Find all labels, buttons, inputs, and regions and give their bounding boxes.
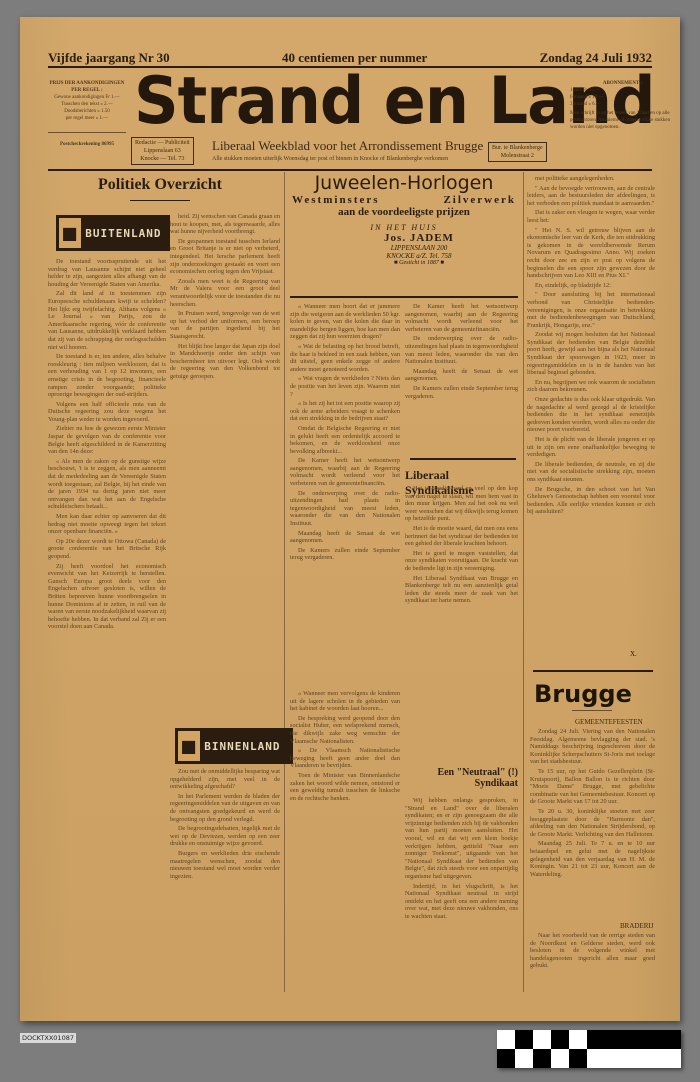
color-swatch bbox=[533, 1030, 551, 1049]
middle-column-left: « Wanneer men hoort dat er jammere zijn … bbox=[290, 303, 400, 683]
color-swatch bbox=[515, 1049, 533, 1068]
braderij-column: Naar het voorbeeld van de rerrige steden… bbox=[530, 932, 655, 974]
brugge-heading: Brugge bbox=[534, 680, 632, 708]
article-paragraph: De Kamers zullen einde September terug v… bbox=[290, 547, 400, 562]
color-swatch bbox=[515, 1030, 533, 1049]
article-paragraph: Zooals men weet is de Regeering van Mr d… bbox=[170, 278, 280, 308]
article-paragraph: Volgens een half officieele nota van de … bbox=[48, 401, 166, 424]
section-rule bbox=[410, 458, 516, 460]
column-separator bbox=[284, 172, 285, 992]
editorial-line: Redactie — Publiciteit bbox=[135, 139, 190, 147]
article-paragraph: Op 20e dezer wordt te Ottowa (Canada) de… bbox=[48, 538, 166, 561]
article-paragraph: De begrootingsdebatten, tegelijk met de … bbox=[170, 825, 280, 848]
article-paragraph: « Wanneer men vervolgens de kinderen uit… bbox=[290, 690, 400, 713]
article-paragraph: Het is noodig hard en veel op den kop va… bbox=[405, 485, 518, 523]
article-paragraph: En, eindelijk, op bladzijde 12: bbox=[527, 282, 655, 290]
article-paragraph: « Als men de zaken op de gunstige wijze … bbox=[48, 458, 166, 511]
postcheck-account: Postcheckrekening 86995 bbox=[48, 141, 126, 148]
color-swatch bbox=[497, 1049, 515, 1068]
ad-address: LIPPENSLAAN 200 bbox=[318, 244, 520, 252]
article-paragraph: En nu, begrijpen we ook waarom de social… bbox=[527, 379, 655, 394]
column-separator bbox=[523, 172, 524, 992]
editorial-line: Lippenslaan 63 bbox=[135, 147, 190, 155]
article-paragraph: De Brugsche, in den schoot van het Van G… bbox=[527, 486, 655, 516]
article-paragraph: « Wat vragen de werklieden ? Niets dan d… bbox=[290, 375, 400, 398]
color-swatch bbox=[587, 1030, 681, 1049]
article-paragraph: De onderwerping over de radio-uitzending… bbox=[290, 490, 400, 528]
article-paragraph: Onze gedachte is dus ook klaar uitgedruk… bbox=[527, 396, 655, 434]
submission-note: Alle stukken moeten uiterlijk Woensdag t… bbox=[212, 156, 448, 162]
article-paragraph: Het is de plicht van de liberale jongere… bbox=[527, 436, 655, 459]
article-paragraph: Maandag heeft de Senaat de wet aangenome… bbox=[405, 368, 518, 383]
article-paragraph: Indertijd, in het vlugschrift, is het Na… bbox=[405, 883, 518, 921]
article-paragraph: " Door aansluiting bij het internationaa… bbox=[527, 291, 655, 329]
ad-zilverwerk: Zilverwerk bbox=[443, 194, 516, 206]
article-paragraph: Naar het voorbeeld van de rerrige steden… bbox=[530, 932, 655, 970]
article-paragraph: « Wanneer men hoort dat er jammere zijn … bbox=[290, 303, 400, 341]
article-paragraph: « Is het zij het tot een positie waarop … bbox=[290, 400, 400, 423]
article-paragraph: Ziehier nu hoe de gewezen eerste Ministe… bbox=[48, 425, 166, 455]
branch-office-box: Bur. te Blankenberge Molenstraat 2 bbox=[488, 142, 547, 162]
article-paragraph: « Wat de belasting op het brood betreft,… bbox=[290, 343, 400, 373]
article-paragraph: Zondag 24 Juli. Viering van den National… bbox=[530, 728, 655, 766]
article-paragraph: met politieke aangelegenheden. bbox=[527, 175, 655, 183]
article-paragraph: heid. Zij wenschen van Canada graan en h… bbox=[170, 213, 280, 236]
right-column: met politieke aangelegenheden." Aan de b… bbox=[527, 175, 655, 647]
brugge-divider bbox=[572, 710, 612, 711]
subscription-title: ABONNEMENT : bbox=[570, 80, 675, 87]
color-swatch bbox=[551, 1049, 569, 1068]
article-paragraph: De Kamers zullen einde September terug v… bbox=[405, 385, 518, 400]
closing-mark: X. bbox=[630, 650, 637, 658]
article-paragraph: Men kan daar echter op aanvoeren dat dit… bbox=[48, 513, 166, 536]
article-paragraph: De Kamer heeft het wetsontwerp aangenome… bbox=[405, 303, 518, 333]
advert-rates-title: PRIJS DER AANKONDIGINGEN PER REGEL : bbox=[48, 80, 126, 94]
article-paragraph: Burgers en werklieden drie eischende maa… bbox=[170, 850, 280, 880]
ad-prices: aan de voordeeligste prijzen bbox=[288, 206, 520, 218]
color-calibration-bar bbox=[497, 1030, 681, 1068]
article-paragraph: Wij hebben onlangs gesproken, in "Strand… bbox=[405, 797, 518, 881]
color-swatch bbox=[569, 1049, 587, 1068]
color-swatch bbox=[497, 1030, 515, 1049]
article-paragraph: Zou met de onmiddellijke besparing wat o… bbox=[170, 768, 280, 791]
subscription-line: 6 maand « 10.— bbox=[570, 94, 675, 101]
ad-square-icon: ■ bbox=[440, 260, 444, 266]
neutraal-heading-line2: Syndikaat bbox=[405, 778, 518, 789]
heading-divider bbox=[130, 200, 190, 201]
article-paragraph: Zal dit land af in toestemmen zijn Europ… bbox=[48, 290, 166, 351]
ad-in-het-huis: IN HET HUIS bbox=[288, 223, 520, 232]
article-paragraph: Toen de Minister van Binnenlandsche zake… bbox=[290, 772, 400, 802]
article-paragraph: De toestand voortsspruitende uit het ver… bbox=[48, 258, 166, 288]
buitenland-initial: ■ bbox=[59, 218, 81, 248]
binnenland-label: BINNENLAND bbox=[204, 740, 280, 753]
ad-title: Juweelen-Horlogen bbox=[288, 172, 520, 194]
article-paragraph: Maandag 25 Juli. Te 7 u. en te 10 uur be… bbox=[530, 840, 655, 878]
subscription-note: Men schrijft in op het bureel van 't bla… bbox=[570, 110, 675, 131]
article-paragraph: In het Parlement werden de bladen der re… bbox=[170, 793, 280, 823]
braderij-heading: BRADERIJ bbox=[620, 922, 653, 930]
editorial-line: Knocke — Tel. 73 bbox=[135, 155, 190, 163]
header-rule bbox=[48, 169, 652, 171]
masthead-subtitle: Liberaal Weekblad voor het Arrondissemen… bbox=[212, 138, 483, 154]
article-paragraph: " Aan de bevoegde vertrouwen, aan de cen… bbox=[527, 185, 655, 208]
neutraal-heading: Een "Neutraal" (!) Syndikaat bbox=[405, 767, 518, 789]
color-swatch bbox=[533, 1049, 551, 1068]
article-paragraph: Zij heeft voordoel het economisch evenwi… bbox=[48, 563, 166, 631]
subscription-box: ABONNEMENT : 1 jaar Fr. 15.— 6 maand « 1… bbox=[570, 80, 675, 131]
binnenland-logo: ■ BINNENLAND bbox=[175, 728, 293, 764]
article-paragraph: « De Vlaamsch Nationalistische beweging … bbox=[290, 747, 400, 770]
article-paragraph: Dat is zaker een vleugen te wegen, waar … bbox=[527, 209, 655, 224]
article-paragraph: Het is de moeite waard, dat men ons eens… bbox=[405, 525, 518, 548]
color-swatch bbox=[587, 1049, 681, 1068]
politiek-column-2: heid. Zij wenschen van Canada graan en h… bbox=[170, 213, 280, 673]
jeweler-advertisement: Juweelen-Horlogen Westminsters Zilverwer… bbox=[288, 172, 520, 266]
brugge-rule bbox=[533, 670, 653, 672]
gemeentefeesten-column: Zondag 24 Juli. Viering van den National… bbox=[530, 728, 655, 918]
politiek-heading: Politiek Overzicht bbox=[40, 176, 280, 194]
archive-label: DOCKTXX01087 bbox=[20, 1033, 76, 1043]
gemeentefeesten-heading: GEMEENTEFEESTEN bbox=[575, 718, 643, 726]
article-paragraph: Zoodat wij mogen besluiten dat het Natio… bbox=[527, 331, 655, 377]
article-paragraph: De toestand is er, ten andere, alles beh… bbox=[48, 353, 166, 399]
ad-city: KNOCKE a/Z. Tel. 758 bbox=[318, 252, 520, 260]
ad-square-icon: ■ bbox=[394, 260, 398, 266]
article-paragraph: De gespannen toestand tusschen Ierland e… bbox=[170, 238, 280, 276]
ad-westminsters: Westminsters bbox=[292, 194, 380, 206]
rate-line: per regel meer « 1.— bbox=[48, 115, 126, 122]
liberaal-column: Het is noodig hard en veel op den kop va… bbox=[405, 485, 518, 755]
ad-rule bbox=[290, 296, 518, 298]
article-paragraph: De onderwerping over de radio-uitzending… bbox=[405, 335, 518, 365]
subscription-line: 3 maand « 6.— bbox=[570, 101, 675, 108]
color-swatch bbox=[569, 1030, 587, 1049]
rate-line: Doodsberichten « 1.50 bbox=[48, 108, 126, 115]
article-paragraph: De Kamer heeft het wetsontwerp aangenome… bbox=[290, 457, 400, 487]
branch-line: Molenstraat 2 bbox=[492, 152, 543, 160]
middle-column-right: De Kamer heeft het wetsontwerp aangenome… bbox=[405, 303, 518, 443]
neutraal-column: Wij hebben onlangs gesproken, in "Strand… bbox=[405, 797, 518, 977]
article-paragraph: " Het N. S. wil getrouw blijven aan de e… bbox=[527, 227, 655, 280]
binnenland-initial: ■ bbox=[178, 731, 200, 761]
ad-founded: Gesticht in 1887 bbox=[399, 260, 439, 266]
politiek-column-1: De toestand voortsspruitende uit het ver… bbox=[48, 258, 166, 978]
buitenland-label: BUITENLAND bbox=[85, 227, 161, 240]
binnenland-column: Zou met de onmiddellijke besparing wat o… bbox=[170, 768, 280, 978]
neutraal-heading-line1: Een "Neutraal" (!) bbox=[405, 767, 518, 778]
article-paragraph: Het blijkt hoe langer dat Japan zijn doe… bbox=[170, 343, 280, 381]
ad-shop-name: Jos. JADEM bbox=[318, 232, 520, 244]
article-paragraph: Het is goed te mogen vaststellen, dat on… bbox=[405, 550, 518, 573]
subscription-line: 1 jaar Fr. 15.— bbox=[570, 87, 675, 94]
branch-line: Bur. te Blankenberge bbox=[492, 144, 543, 152]
editorial-address-box: Redactie — Publiciteit Lippenslaan 63 Kn… bbox=[131, 137, 194, 165]
article-paragraph: Te 15 uur, op het Guido Gezellenplein (S… bbox=[530, 768, 655, 806]
article-paragraph: Omdat de Belgische Regeering er niet in … bbox=[290, 425, 400, 455]
rate-line: Tusschen den tekst « 2.— bbox=[48, 101, 126, 108]
rate-line: Gewone aankondigingen Fr 1.— bbox=[48, 94, 126, 101]
advert-rates-box: PRIJS DER AANKONDIGINGEN PER REGEL : Gew… bbox=[48, 80, 126, 148]
color-swatch bbox=[551, 1030, 569, 1049]
article-paragraph: Het Liberaal Syndikaat van Brugge en Bla… bbox=[405, 575, 518, 605]
article-paragraph: Maandag heeft de Senaat de wet aangenome… bbox=[290, 530, 400, 545]
article-paragraph: De liberale bedienden, de neutrale, en z… bbox=[527, 461, 655, 484]
buitenland-logo: ■ BUITENLAND bbox=[56, 215, 170, 251]
article-paragraph: De bespreking werd geopend door den soci… bbox=[290, 715, 400, 745]
article-paragraph: In Pruisen werd, tengevolge van de wet o… bbox=[170, 310, 280, 340]
article-paragraph: Te 20 u. 30, koninklijke stoeten met zee… bbox=[530, 808, 655, 838]
binnenland-continued: « Wanneer men vervolgens de kinderen uit… bbox=[290, 690, 400, 980]
